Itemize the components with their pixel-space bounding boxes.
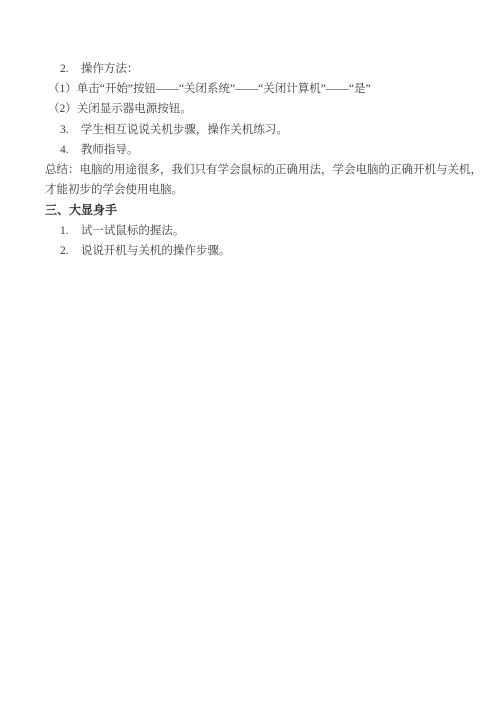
section-heading: 三、大显身手: [45, 200, 470, 220]
summary-paragraph: 才能初步的学会使用电脑。: [45, 180, 470, 200]
list-item-number: 2.: [60, 241, 78, 261]
list-item: 3. 学生相互说说关机步骤，操作关机练习。: [45, 120, 470, 140]
list-item: 2. 说说开机与关机的操作步骤。: [45, 241, 470, 261]
list-item-number: 3.: [60, 120, 78, 140]
document-content: 2. 操作方法： （1）单击“开始”按钮——“关闭系统”——“关闭计算机”——“…: [45, 59, 470, 261]
list-item-number: 2.: [60, 59, 78, 79]
list-item-text: 试一试鼠标的握法。: [81, 225, 185, 237]
sub-step: （2）关闭显示器电源按钮。: [45, 99, 470, 119]
list-item: 2. 操作方法：: [45, 59, 470, 79]
sub-step-text: （2）关闭显示器电源按钮。: [48, 103, 192, 115]
list-item-text: 说说开机与关机的操作步骤。: [81, 245, 231, 257]
sub-step: （1）单击“开始”按钮——“关闭系统”——“关闭计算机”——“是”: [45, 79, 470, 99]
list-item-number: 4.: [60, 140, 78, 160]
summary-paragraph-text: 总结：电脑的用途很多，我们只有学会鼠标的正确用法，学会电脑的正确开机与关机，: [45, 164, 482, 176]
list-item-text: 教师指导。: [81, 144, 139, 156]
list-item-text: 操作方法：: [81, 63, 139, 75]
sub-step-text: （1）单击“开始”按钮——“关闭系统”——“关闭计算机”——“是”: [48, 83, 371, 95]
list-item: 4. 教师指导。: [45, 140, 470, 160]
document-page: 2. 操作方法： （1）单击“开始”按钮——“关闭系统”——“关闭计算机”——“…: [0, 0, 500, 707]
list-item-number: 1.: [60, 221, 78, 241]
list-item: 1. 试一试鼠标的握法。: [45, 221, 470, 241]
section-heading-text: 三、大显身手: [45, 203, 117, 217]
summary-paragraph-text: 才能初步的学会使用电脑。: [45, 184, 183, 196]
summary-paragraph: 总结：电脑的用途很多，我们只有学会鼠标的正确用法，学会电脑的正确开机与关机，: [45, 160, 470, 180]
list-item-text: 学生相互说说关机步骤，操作关机练习。: [81, 124, 288, 136]
